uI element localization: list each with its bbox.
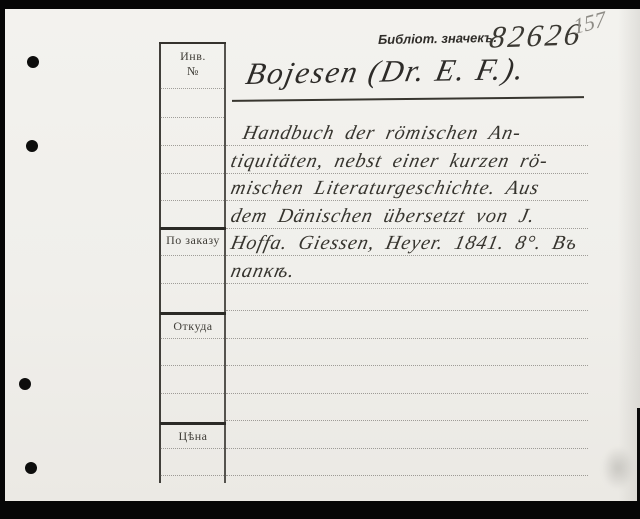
ruled-line bbox=[160, 255, 226, 256]
handwritten-line: mischen Literaturgeschichte. Aus bbox=[228, 177, 542, 203]
ruled-line bbox=[160, 365, 226, 366]
column-left-border bbox=[159, 42, 161, 483]
punch-hole bbox=[25, 462, 37, 474]
ruled-line bbox=[226, 310, 588, 311]
order-label: По заказу bbox=[160, 233, 226, 248]
ruled-line bbox=[160, 173, 226, 174]
column-divider bbox=[160, 227, 226, 230]
ruled-line bbox=[226, 393, 588, 394]
inventory-number-sign: № bbox=[160, 64, 226, 79]
column-divider bbox=[160, 422, 226, 425]
handwritten-line: dem Dänischen übersetzt von J. bbox=[228, 205, 537, 231]
ruled-line bbox=[160, 393, 226, 394]
ruled-line bbox=[160, 145, 226, 146]
column-divider bbox=[160, 312, 226, 315]
ruled-line bbox=[160, 475, 226, 476]
punch-hole bbox=[26, 140, 38, 152]
inventory-number-handwritten: 82626 bbox=[487, 16, 585, 55]
ruled-line bbox=[226, 338, 588, 339]
scanned-catalog-card: Библіот. значекъ: 82626 157 Инв. № По за… bbox=[0, 0, 640, 519]
ruled-line bbox=[160, 88, 226, 89]
ruled-line bbox=[160, 448, 226, 449]
paper-smudge bbox=[596, 438, 640, 498]
ruled-line bbox=[226, 420, 588, 421]
punch-hole bbox=[27, 56, 39, 68]
ruled-line bbox=[160, 338, 226, 339]
library-mark-label: Библіот. значекъ: bbox=[378, 30, 498, 47]
ruled-line bbox=[160, 200, 226, 201]
ruled-line bbox=[160, 117, 226, 118]
handwritten-line: Hoffa. Giessen, Heyer. 1841. 8°. Въ bbox=[228, 232, 580, 258]
entry-title: Bojesen (Dr. E. F.). bbox=[243, 51, 529, 92]
punch-hole bbox=[19, 378, 31, 390]
ruled-line bbox=[226, 448, 588, 449]
column-right-border bbox=[224, 44, 226, 483]
handwritten-line: tiquitäten, nebst einer kurzen rö- bbox=[228, 150, 550, 176]
inventory-number-label: Инв. bbox=[160, 49, 226, 64]
column-top-border bbox=[159, 42, 226, 44]
handwritten-line: папкѣ. bbox=[228, 260, 297, 286]
ruled-line bbox=[226, 475, 588, 476]
price-label: Цѣна bbox=[160, 429, 226, 444]
handwritten-line: Handbuch der römischen An- bbox=[240, 122, 523, 148]
origin-label: Откуда bbox=[160, 319, 226, 334]
ruled-line bbox=[226, 365, 588, 366]
ruled-line bbox=[160, 283, 226, 284]
